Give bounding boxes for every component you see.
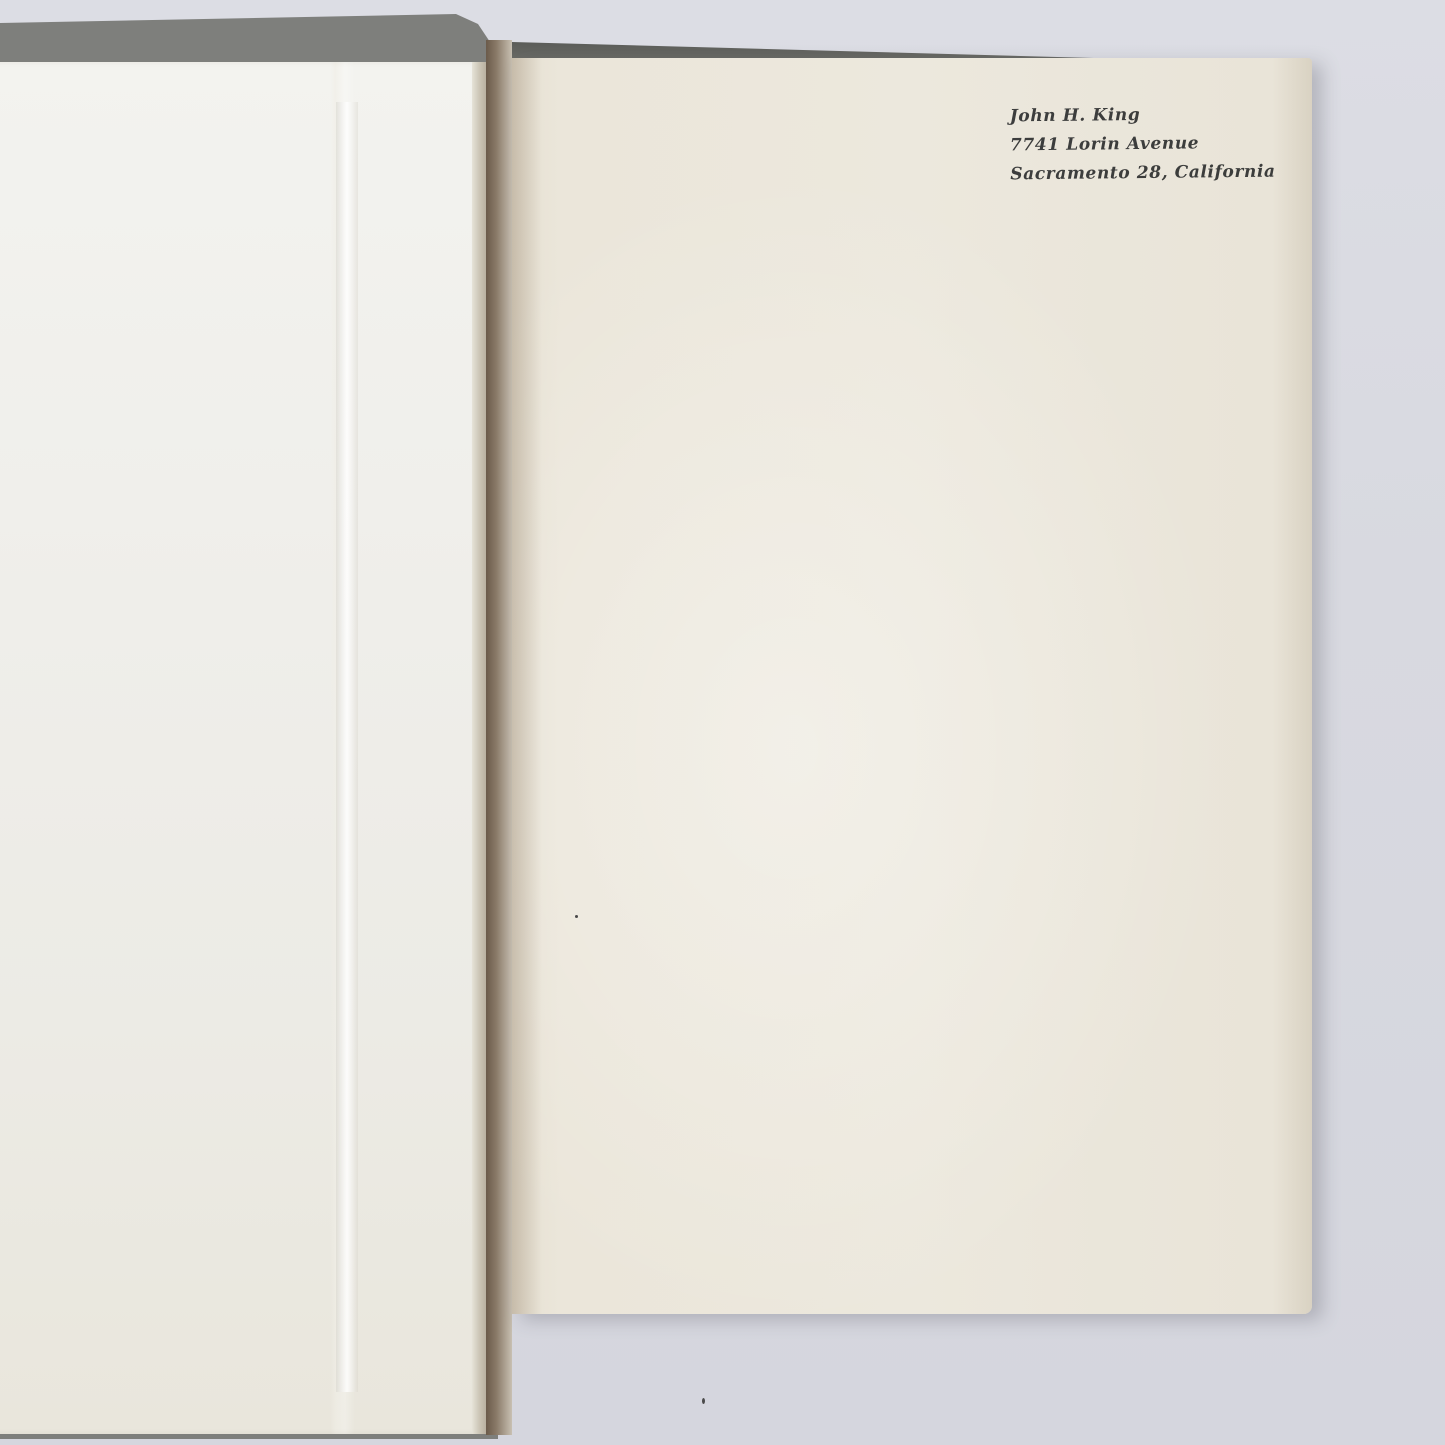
owner-address-stamp: John H. King 7741 Lorin Avenue Sacrament… (1010, 100, 1276, 190)
free-endpaper (512, 58, 1312, 1314)
hinge-edge (472, 62, 486, 1434)
book-gutter (486, 40, 512, 1435)
endpaper-fold-line (336, 102, 358, 1392)
stamp-street: 7741 Lorin Avenue (1010, 129, 1276, 161)
gutter-shadow (512, 58, 542, 1314)
book-photo: John H. King 7741 Lorin Avenue Sacrament… (0, 0, 1445, 1445)
front-endpaper (0, 62, 486, 1434)
dust-speck (702, 1398, 705, 1404)
dust-speck (575, 915, 578, 918)
stamp-name: John H. King (1010, 100, 1276, 132)
stamp-city: Sacramento 28, California (1010, 158, 1276, 190)
